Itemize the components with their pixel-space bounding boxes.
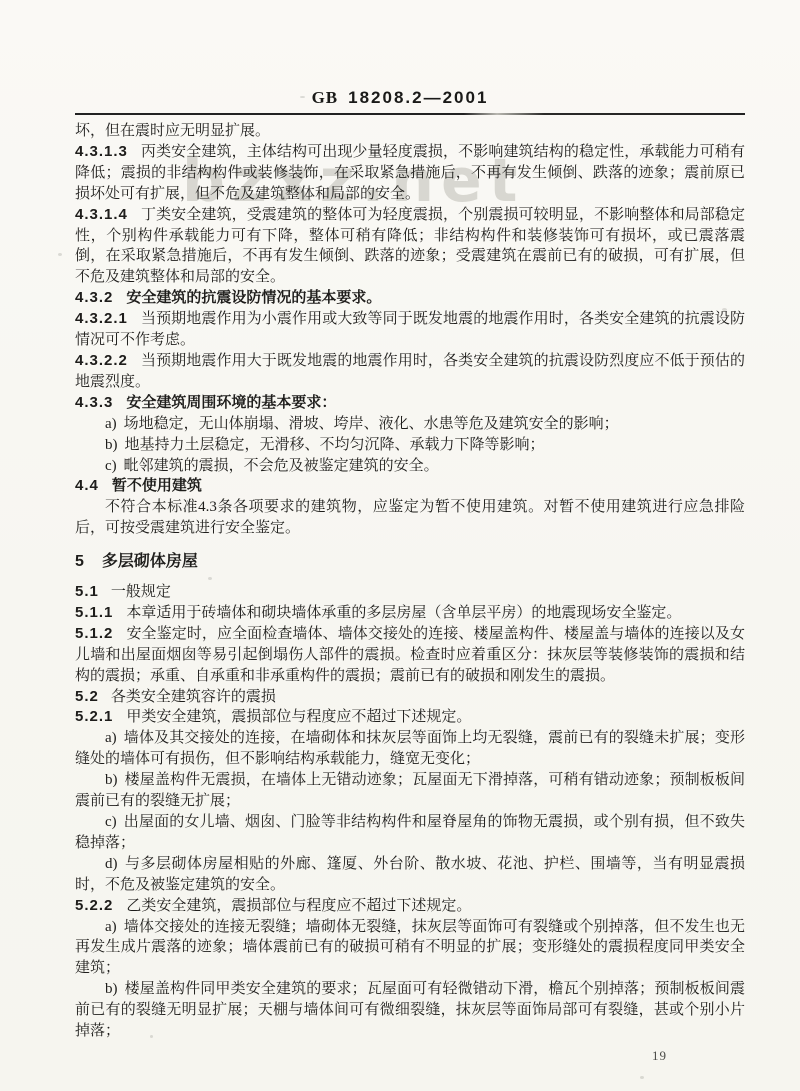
clause-text: 楼屋盖构件同甲类安全建筑的要求；瓦屋面可有轻微错动下滑，檐瓦个别掉落；预制板板间… xyxy=(75,981,745,1039)
clause-number: 5 xyxy=(75,553,85,570)
paragraph: 4.3.2.1当预期地震作用为小震作用或大致等同于既发地震的地震作用时，各类安全… xyxy=(75,309,745,351)
clause-number: 5.1.2 xyxy=(75,625,113,642)
clause-number: 5.1.1 xyxy=(75,604,113,621)
standard-code-prefix: GB xyxy=(312,88,339,107)
scan-artifact xyxy=(300,96,305,98)
clause-text: 不符合本标准4.3条各项要求的建筑物，应鉴定为暂不使用建筑。对暂不使用建筑进行应… xyxy=(75,499,745,536)
clause-text: 一般规定 xyxy=(111,584,171,600)
paragraph: 5.2.2乙类安全建筑，震损部位与程度应不超过下述规定。 xyxy=(75,896,745,917)
clause-number: d) xyxy=(105,856,118,872)
clause-text: 楼屋盖构件无震损，在墙体上无错动迹象；瓦屋面无下滑掉落，可稍有错动迹象；预制板板… xyxy=(75,772,745,809)
paragraph: 4.3.1.4丁类安全建筑，受震建筑的整体可为轻度震损，个别震损可较明显，不影响… xyxy=(75,205,745,289)
clause-text: 各类安全建筑容许的震损 xyxy=(111,689,276,705)
paragraph: a)场地稳定，无山体崩塌、滑坡、垮岸、液化、水患等危及建筑安全的影响； xyxy=(75,414,745,435)
clause-number: a) xyxy=(105,730,117,746)
clause-text: 安全建筑的抗震设防情况的基本要求。 xyxy=(126,289,381,306)
paragraph: 4.3.3安全建筑周围环境的基本要求： xyxy=(75,393,745,414)
clause-number: 5.2 xyxy=(75,688,99,705)
standard-code-number: 18208.2—2001 xyxy=(348,88,488,107)
document-body: 坏，但在震时应无明显扩展。4.3.1.3丙类安全建筑，主体结构可出现少量轻度震损… xyxy=(75,121,745,1042)
clause-number: b) xyxy=(105,772,118,788)
page-number: 19 xyxy=(652,1048,667,1064)
paragraph: c)毗邻建筑的震损，不会危及被鉴定建筑的安全。 xyxy=(75,456,745,477)
clause-number: 4.3.1.4 xyxy=(75,206,128,223)
header-divider xyxy=(75,113,745,115)
clause-number: 5.2.1 xyxy=(75,708,113,725)
clause-text: 丙类安全建筑，主体结构可出现少量轻度震损，不影响建筑结构的稳定性，承载能力可稍有… xyxy=(75,144,745,202)
clause-number: 5.1 xyxy=(75,583,99,600)
clause-text: 多层砌体房屋 xyxy=(102,553,198,570)
clause-text: 与多层砌体房屋相贴的外廊、篷厦、外台阶、散水坡、花池、护栏、围墙等，当有明显震损… xyxy=(75,856,745,893)
clause-number: c) xyxy=(105,458,117,474)
clause-text: 坏，但在震时应无明显扩展。 xyxy=(75,123,270,139)
clause-number: 4.3.3 xyxy=(75,394,113,411)
paragraph: 5.1.2安全鉴定时，应全面检查墙体、墙体交接处的连接、楼屋盖构件、楼屋盖与墙体… xyxy=(75,624,745,687)
clause-text: 场地稳定，无山体崩塌、滑坡、垮岸、液化、水患等危及建筑安全的影响； xyxy=(124,416,619,432)
clause-number: 4.3.2 xyxy=(75,289,113,306)
clause-number: 5.2.2 xyxy=(75,897,113,914)
paragraph: 不符合本标准4.3条各项要求的建筑物，应鉴定为暂不使用建筑。对暂不使用建筑进行应… xyxy=(75,497,745,539)
paragraph: 坏，但在震时应无明显扩展。 xyxy=(75,121,745,142)
paragraph: 4.3.2.2当预期地震作用大于既发地震的地震作用时，各类安全建筑的抗震设防烈度… xyxy=(75,351,745,393)
clause-text: 地基持力土层稳定，无滑移、不均匀沉降、承载力下降等影响； xyxy=(125,437,545,453)
paragraph: 5.1一般规定 xyxy=(75,582,745,603)
clause-text: 出屋面的女儿墙、烟囱、门脸等非结构构件和屋脊屋角的饰物无震损，或个别有损，但不致… xyxy=(75,814,745,851)
clause-number: 4.4 xyxy=(75,477,99,494)
paragraph: 4.3.2安全建筑的抗震设防情况的基本要求。 xyxy=(75,288,745,309)
scanned-page: bzxz.net GB18208.2—2001 坏，但在震时应无明显扩展。4.3… xyxy=(0,0,800,1091)
paragraph: d)与多层砌体房屋相贴的外廊、篷厦、外台阶、散水坡、花池、护栏、围墙等，当有明显… xyxy=(75,854,745,896)
clause-number: c) xyxy=(105,814,117,830)
clause-text: 丁类安全建筑，受震建筑的整体可为轻度震损，个别震损可较明显，不影响整体和局部稳定… xyxy=(75,207,745,286)
clause-text: 当预期地震作用大于既发地震的地震作用时，各类安全建筑的抗震设防烈度应不低于预估的… xyxy=(75,353,745,390)
paragraph: 4.4暂不使用建筑 xyxy=(75,476,745,497)
clause-text: 暂不使用建筑 xyxy=(112,477,202,494)
clause-text: 本章适用于砖墙体和砌块墙体承重的多层房屋（含单层平房）的地震现场安全鉴定。 xyxy=(126,605,681,621)
paragraph: b)楼屋盖构件同甲类安全建筑的要求；瓦屋面可有轻微错动下滑，檐瓦个别掉落；预制板… xyxy=(75,979,745,1042)
standard-code-header: GB18208.2—2001 xyxy=(0,88,800,108)
clause-number: a) xyxy=(105,416,117,432)
clause-text: 安全鉴定时，应全面检查墙体、墙体交接处的连接、楼屋盖构件、楼屋盖与墙体的连接以及… xyxy=(75,626,745,684)
paragraph: 5.2各类安全建筑容许的震损 xyxy=(75,687,745,708)
paragraph: a)墙体交接处的连接无裂缝；墙砌体无裂缝，抹灰层等面饰可有裂缝或个别掉落，但不发… xyxy=(75,917,745,980)
paragraph: a)墙体及其交接处的连接，在墙砌体和抹灰层等面饰上均无裂缝，震前已有的裂缝未扩展… xyxy=(75,728,745,770)
paragraph: 4.3.1.3丙类安全建筑，主体结构可出现少量轻度震损，不影响建筑结构的稳定性，… xyxy=(75,142,745,205)
paragraph: 5.2.1甲类安全建筑，震损部位与程度应不超过下述规定。 xyxy=(75,707,745,728)
paragraph: 5多层砌体房屋 xyxy=(75,552,745,573)
clause-number: 4.3.2.2 xyxy=(75,352,128,369)
clause-text: 墙体及其交接处的连接，在墙砌体和抹灰层等面饰上均无裂缝，震前已有的裂缝未扩展；变… xyxy=(75,730,745,767)
scan-artifact xyxy=(640,1076,644,1079)
clause-number: 4.3.2.1 xyxy=(75,310,128,327)
paragraph: b)地基持力土层稳定，无滑移、不均匀沉降、承载力下降等影响； xyxy=(75,435,745,456)
paragraph: 5.1.1本章适用于砖墙体和砌块墙体承重的多层房屋（含单层平房）的地震现场安全鉴… xyxy=(75,603,745,624)
clause-number: 4.3.1.3 xyxy=(75,143,128,160)
clause-number: b) xyxy=(105,437,118,453)
paragraph: c)出屋面的女儿墙、烟囱、门脸等非结构构件和屋脊屋角的饰物无震损，或个别有损，但… xyxy=(75,812,745,854)
paragraph: b)楼屋盖构件无震损，在墙体上无错动迹象；瓦屋面无下滑掉落，可稍有错动迹象；预制… xyxy=(75,770,745,812)
clause-text: 乙类安全建筑，震损部位与程度应不超过下述规定。 xyxy=(126,898,471,914)
clause-text: 安全建筑周围环境的基本要求： xyxy=(126,394,336,411)
clause-number: b) xyxy=(105,981,118,997)
scan-artifact xyxy=(58,253,62,256)
clause-number: a) xyxy=(105,919,117,935)
clause-text: 毗邻建筑的震损，不会危及被鉴定建筑的安全。 xyxy=(124,458,439,474)
clause-text: 墙体交接处的连接无裂缝；墙砌体无裂缝，抹灰层等面饰可有裂缝或个别掉落，但不发生也… xyxy=(75,919,745,977)
clause-text: 当预期地震作用为小震作用或大致等同于既发地震的地震作用时，各类安全建筑的抗震设防… xyxy=(75,311,745,348)
clause-text: 甲类安全建筑，震损部位与程度应不超过下述规定。 xyxy=(126,709,471,725)
